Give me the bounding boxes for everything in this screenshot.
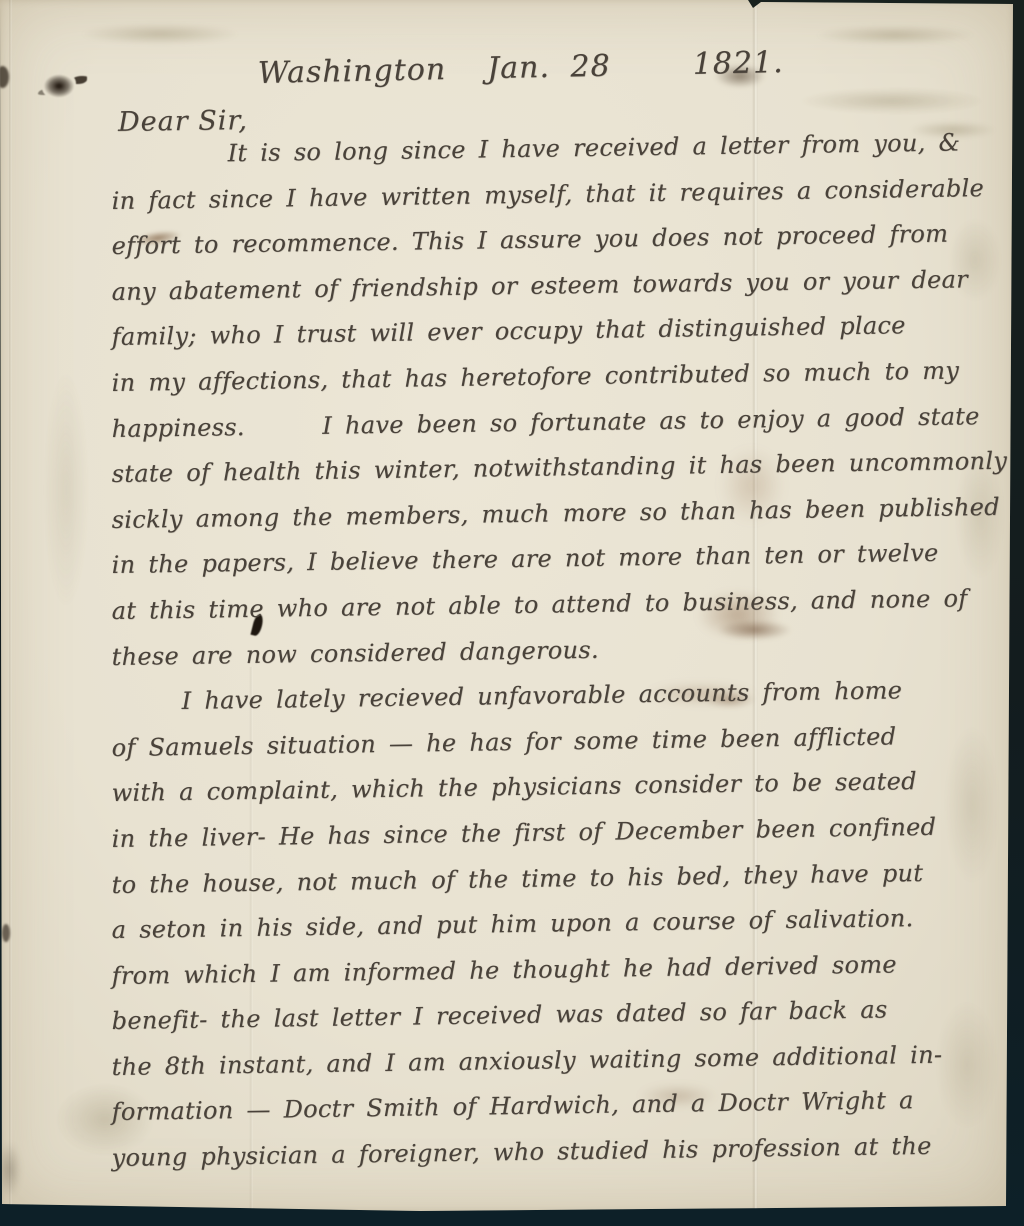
edge-ink-mark [0,66,9,88]
bleed-through-ghost [766,84,1016,118]
letter-scan: Washington Jan. 28 1821. Dear Sir, It is… [0,0,1024,1226]
bleed-through-ghost [790,22,1000,48]
left-edge-crease [9,0,12,1212]
edge-ink-mark [2,924,10,942]
letter-salutation: Dear Sir, [118,105,248,138]
letter-dateline: Washington Jan. 28 1821. [257,45,784,91]
bleed-through-ghost [55,20,265,48]
letter-body: It is so long since I have received a le… [112,141,1002,1190]
letter-page: Washington Jan. 28 1821. Dear Sir, It is… [0,0,1014,1212]
bleed-through-ghost [36,330,96,650]
ink-blot [42,73,76,99]
corner-shading [0,1135,24,1205]
